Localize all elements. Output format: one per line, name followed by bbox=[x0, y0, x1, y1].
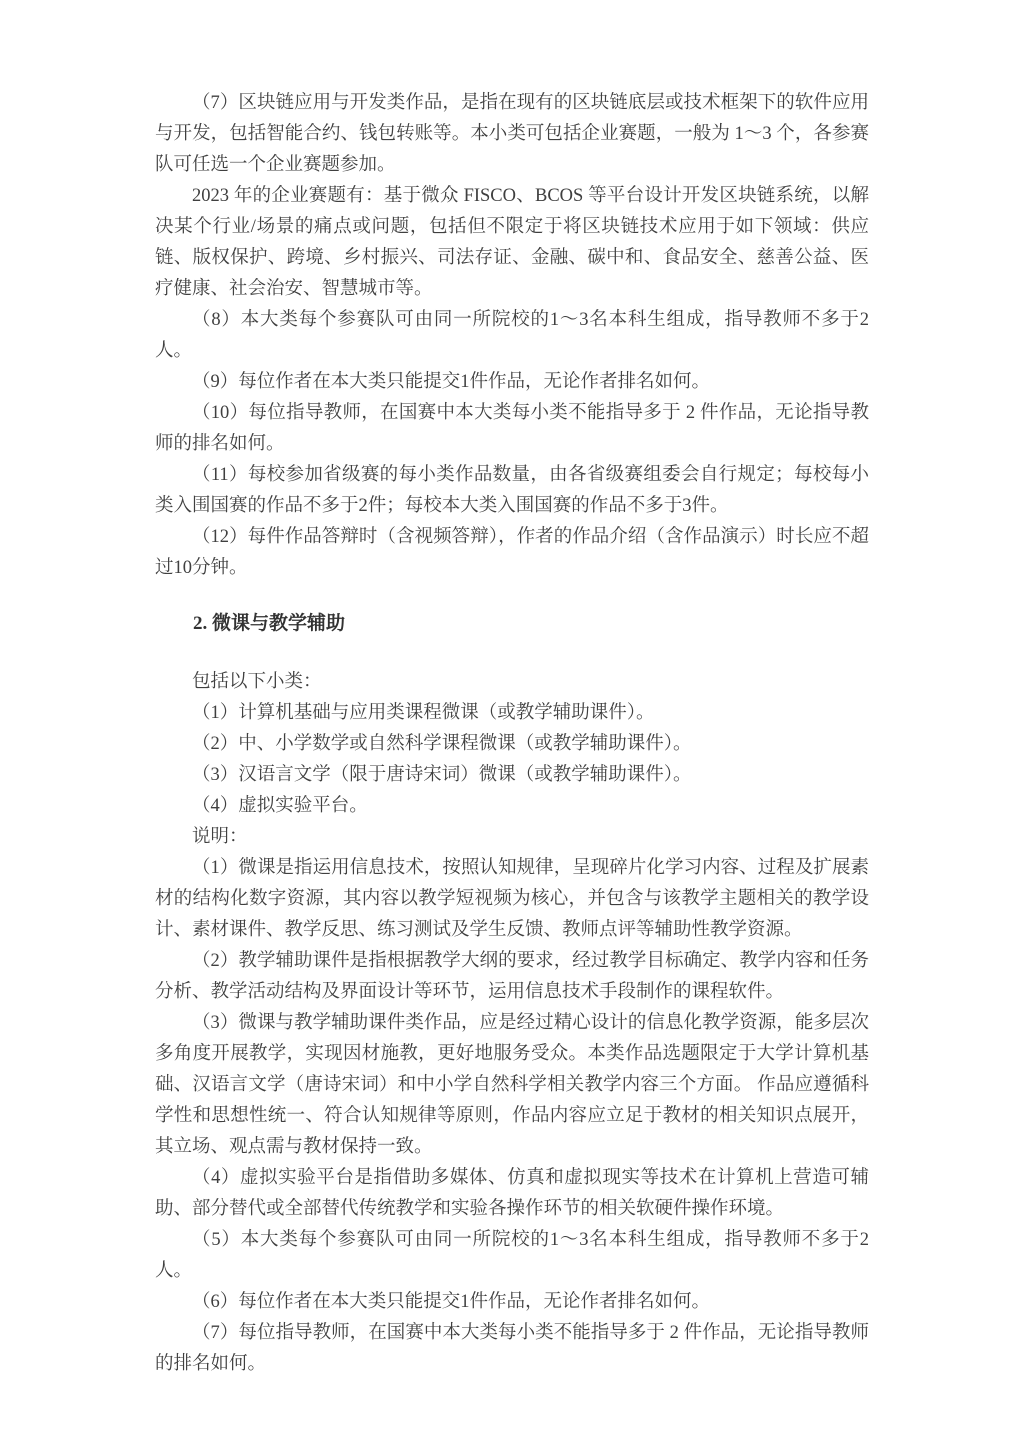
paragraph-subcategories-intro: 包括以下小类： bbox=[155, 667, 869, 698]
paragraph-blockchain-item-12: （12）每件作品答辩时（含视频答辩），作者的作品介绍（含作品演示）时长应不超过1… bbox=[155, 522, 869, 584]
list-item-subcategory-3: （3）汉语言文学（限于唐诗宋词）微课（或教学辅助课件）。 bbox=[155, 760, 869, 791]
paragraph-enterprise-topics: 2023 年的企业赛题有：基于微众 FISCO、BCOS 等平台设计开发区块链系… bbox=[155, 181, 869, 305]
paragraph-note-1: （1）微课是指运用信息技术，按照认知规律，呈现碎片化学习内容、过程及扩展素材的结… bbox=[155, 853, 869, 946]
list-item-subcategory-1: （1）计算机基础与应用类课程微课（或教学辅助课件）。 bbox=[155, 698, 869, 729]
paragraph-blockchain-item-11: （11）每校参加省级赛的每小类作品数量，由各省级赛组委会自行规定；每校每小类入围… bbox=[155, 460, 869, 522]
paragraph-note-3: （3）微课与教学辅助课件类作品，应是经过精心设计的信息化教学资源，能多层次多角度… bbox=[155, 1008, 869, 1163]
list-item-subcategory-4: （4）虚拟实验平台。 bbox=[155, 791, 869, 822]
paragraph-note-2: （2）教学辅助课件是指根据教学大纲的要求，经过教学目标确定、教学内容和任务分析、… bbox=[155, 946, 869, 1008]
paragraph-note-4: （4）虚拟实验平台是指借助多媒体、仿真和虚拟现实等技术在计算机上营造可辅助、部分… bbox=[155, 1163, 869, 1225]
document-page: （7）区块链应用与开发类作品，是指在现有的区块链底层或技术框架下的软件应用与开发… bbox=[0, 0, 1024, 1448]
paragraph-note-5: （5）本大类每个参赛队可由同一所院校的1～3名本科生组成，指导教师不多于2人。 bbox=[155, 1225, 869, 1287]
paragraph-note-7: （7）每位指导教师，在国赛中本大类每小类不能指导多于 2 件作品，无论指导教师的… bbox=[155, 1318, 869, 1380]
paragraph-note-6: （6）每位作者在本大类只能提交1件作品，无论作者排名如何。 bbox=[155, 1287, 869, 1318]
paragraph-blockchain-item-9: （9）每位作者在本大类只能提交1件作品，无论作者排名如何。 bbox=[155, 367, 869, 398]
list-item-subcategory-2: （2）中、小学数学或自然科学课程微课（或教学辅助课件）。 bbox=[155, 729, 869, 760]
document-content: （7）区块链应用与开发类作品，是指在现有的区块链底层或技术框架下的软件应用与开发… bbox=[155, 88, 869, 1380]
section-heading-microcourse: 2. 微课与教学辅助 bbox=[155, 608, 869, 639]
paragraph-notes-label: 说明： bbox=[155, 822, 869, 853]
paragraph-blockchain-item-8: （8）本大类每个参赛队可由同一所院校的1～3名本科生组成，指导教师不多于2人。 bbox=[155, 305, 869, 367]
paragraph-blockchain-item-7: （7）区块链应用与开发类作品，是指在现有的区块链底层或技术框架下的软件应用与开发… bbox=[155, 88, 869, 181]
paragraph-blockchain-item-10: （10）每位指导教师，在国赛中本大类每小类不能指导多于 2 件作品，无论指导教师… bbox=[155, 398, 869, 460]
